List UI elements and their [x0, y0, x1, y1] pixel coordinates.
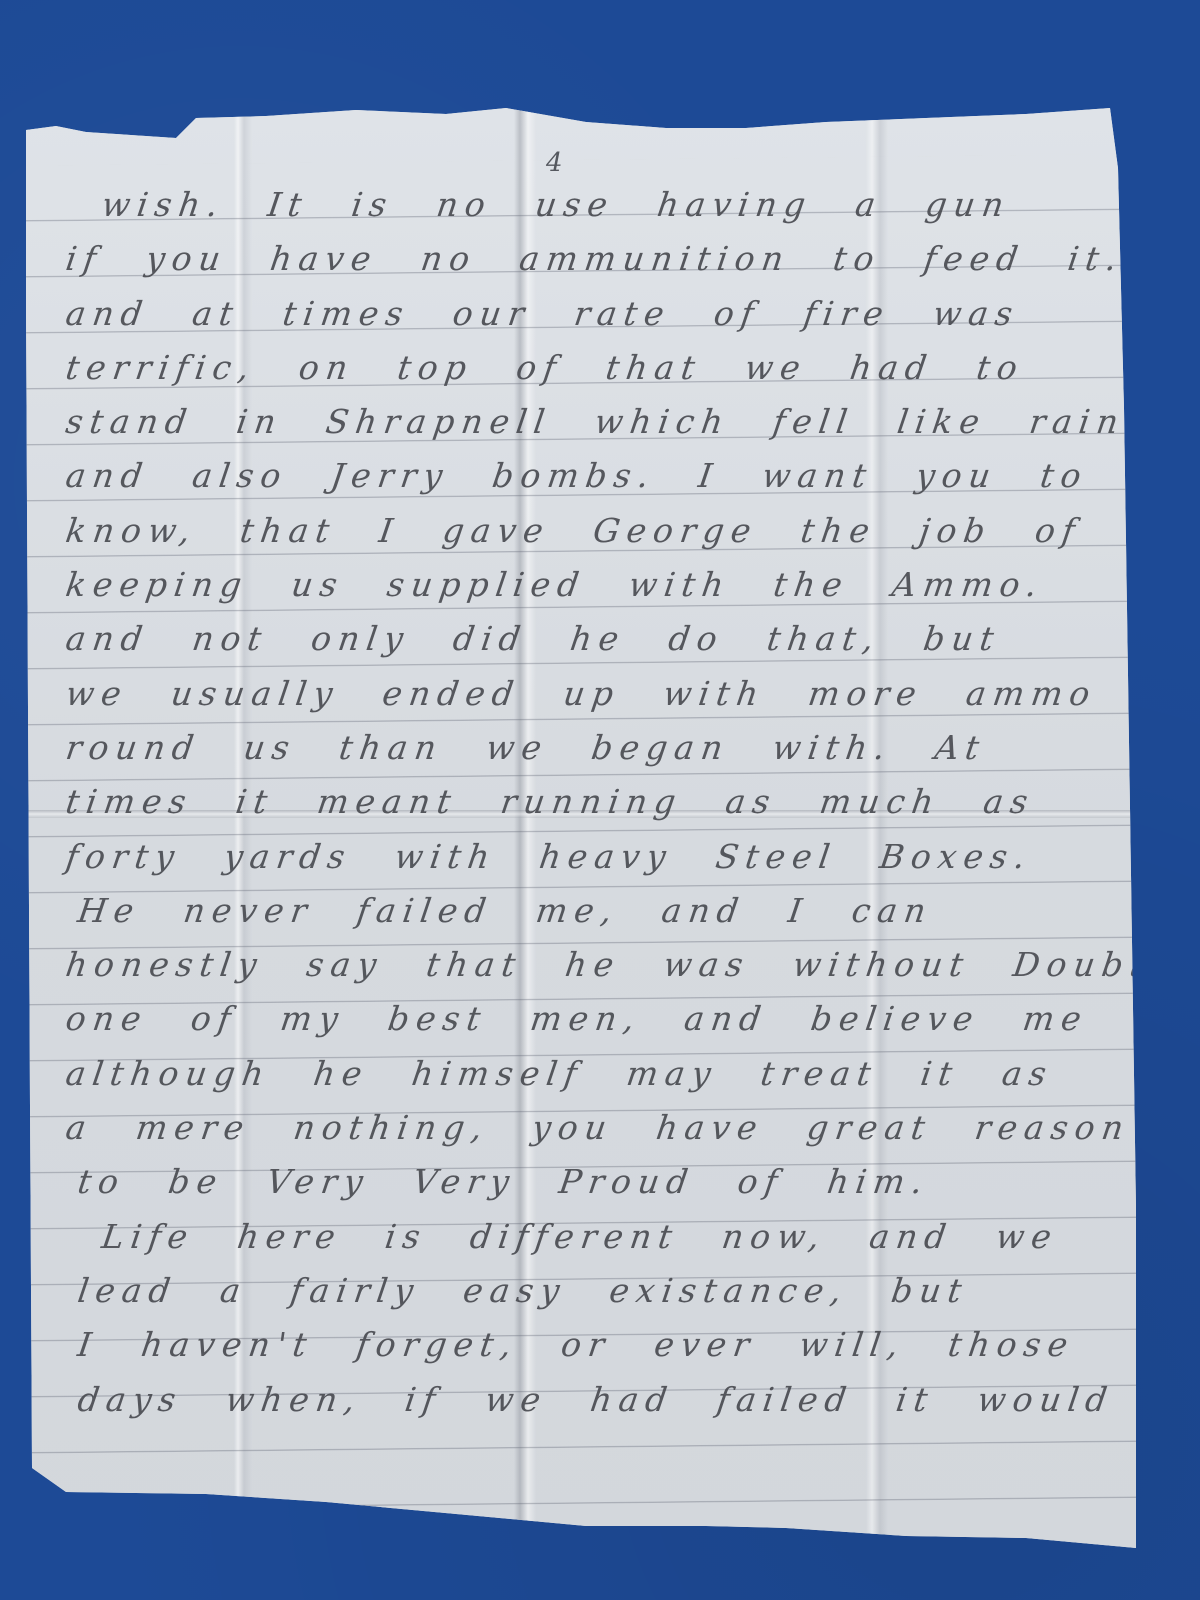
letter-line: round us than we began with. At — [62, 721, 1110, 775]
letter-line: wish. It is no use having a gun — [62, 178, 1110, 232]
letter-line: times it meant running as much as — [62, 775, 1110, 829]
letter-line: stand in Shrapnell which fell like rain. — [62, 395, 1110, 449]
letter-line: although he himself may treat it as — [62, 1047, 1110, 1101]
letter-line: honestly say that he was without Doubt — [62, 938, 1110, 992]
page-number: 4 — [546, 148, 563, 178]
letter-paper: 4 wish. It is no use having a gun if you… — [26, 108, 1136, 1558]
letter-line: lead a fairly easy existance, but — [62, 1264, 1110, 1318]
letter-line: to be Very Very Proud of him. — [62, 1155, 1110, 1209]
letter-line: and at times our rate of fire was — [62, 287, 1110, 341]
letter-line: Life here is different now, and we — [62, 1210, 1110, 1264]
letter-body: wish. It is no use having a gun if you h… — [66, 178, 1106, 1427]
letter-line: know, that I gave George the job of — [62, 504, 1110, 558]
letter-line: He never failed me, and I can — [62, 884, 1110, 938]
letter-line: days when, if we had failed it would — [62, 1373, 1110, 1427]
letter-line: if you have no ammunition to feed it. — [62, 232, 1110, 286]
letter-line: forty yards with heavy Steel Boxes. — [62, 830, 1110, 884]
letter-line: one of my best men, and believe me — [62, 992, 1110, 1046]
letter-line: and not only did he do that, but — [62, 612, 1110, 666]
letter-line: we usually ended up with more ammo — [62, 667, 1110, 721]
letter-line: I haven't forget, or ever will, those — [62, 1318, 1110, 1372]
letter-line: a mere nothing, you have great reason — [62, 1101, 1110, 1155]
letter-line: and also Jerry bombs. I want you to — [62, 449, 1110, 503]
letter-line: terrific, on top of that we had to — [62, 341, 1110, 395]
letter-line: keeping us supplied with the Ammo. — [62, 558, 1110, 612]
